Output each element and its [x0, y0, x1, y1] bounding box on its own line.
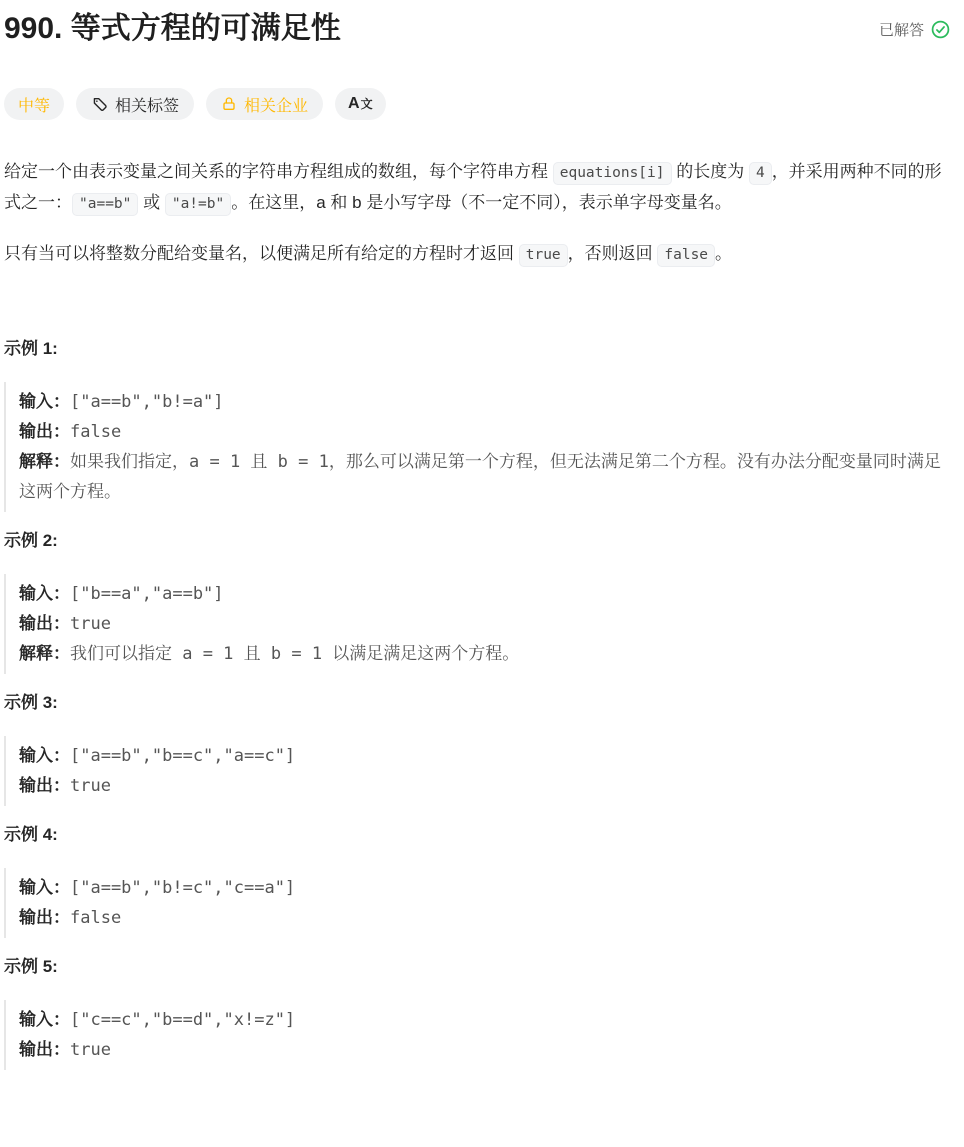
example-4-block: 输入：["a==b","b!=c","c==a"] 输出：false: [4, 868, 950, 938]
example-1-block: 输入：["a==b","b!=a"] 输出：false 解释：如果我们指定，a …: [4, 382, 950, 512]
problem-description-page: 990. 等式方程的可满足性 已解答 中等 相关标签: [0, 0, 964, 1070]
input-label: 输入：: [19, 1010, 70, 1029]
example-5-input-line: 输入：["c==c","b==d","x!=z"]: [19, 1005, 942, 1035]
tags-row: 中等 相关标签 相关企业 A文: [4, 88, 950, 120]
example-3-input-line: 输入：["a==b","b==c","a==c"]: [19, 741, 942, 771]
example-3-block: 输入：["a==b","b==c","a==c"] 输出：true: [4, 736, 950, 806]
output-label: 输出：: [19, 1040, 70, 1059]
example-4-output-line: 输出：false: [19, 903, 942, 933]
lock-icon: [221, 96, 237, 112]
related-tags-label: 相关标签: [115, 93, 179, 116]
example-5-input-value: ["c==c","b==d","x!=z"]: [70, 1010, 295, 1030]
input-label: 输入：: [19, 746, 70, 765]
example-3-input-value: ["a==b","b==c","a==c"]: [70, 746, 295, 766]
inline-code: 4: [749, 162, 772, 185]
solved-status-badge[interactable]: 已解答: [879, 19, 950, 40]
format-toggle-icon: A文: [348, 95, 373, 113]
example-2-heading: 示例 2:: [4, 528, 950, 554]
example-3-heading: 示例 3:: [4, 690, 950, 716]
output-label: 输出：: [19, 614, 70, 633]
solved-label: 已解答: [879, 19, 924, 40]
blank-paragraph: [4, 289, 950, 320]
inline-code: equations[i]: [553, 162, 672, 185]
example-3-output-line: 输出：true: [19, 771, 942, 801]
tag-icon: [91, 96, 108, 113]
inline-code: "a!=b": [165, 193, 231, 216]
example-2-explanation-line: 解释：我们可以指定 a = 1 且 b = 1 以满足满足这两个方程。: [19, 639, 942, 669]
example-2-output-line: 输出：true: [19, 609, 942, 639]
example-3-output-value: true: [70, 776, 111, 796]
example-5-output-value: true: [70, 1040, 111, 1060]
output-label: 输出：: [19, 908, 70, 927]
statement-paragraph-2: 只有当可以将整数分配给变量名，以便满足所有给定的方程时才返回 true，否则返回…: [4, 238, 950, 269]
text-format-toggle[interactable]: A文: [335, 88, 386, 120]
example-4-heading: 示例 4:: [4, 822, 950, 848]
example-2-input-line: 输入：["b==a","a==b"]: [19, 579, 942, 609]
inline-code: true: [519, 244, 568, 267]
example-1-heading: 示例 1:: [4, 336, 950, 362]
example-1-output-value: false: [70, 422, 121, 442]
input-label: 输入：: [19, 584, 70, 603]
example-5-heading: 示例 5:: [4, 954, 950, 980]
example-2-output-value: true: [70, 614, 111, 634]
problem-statement: 给定一个由表示变量之间关系的字符串方程组成的数组，每个字符串方程 equatio…: [4, 156, 950, 320]
example-2-block: 输入：["b==a","a==b"] 输出：true 解释：我们可以指定 a =…: [4, 574, 950, 674]
example-1-input-value: ["a==b","b!=a"]: [70, 392, 224, 412]
title-row: 990. 等式方程的可满足性 已解答: [4, 10, 950, 48]
example-5-block: 输入：["c==c","b==d","x!=z"] 输出：true: [4, 1000, 950, 1070]
example-1-explanation-line: 解释：如果我们指定，a = 1 且 b = 1，那么可以满足第一个方程，但无法满…: [19, 447, 942, 507]
statement-paragraph-1: 给定一个由表示变量之间关系的字符串方程组成的数组，每个字符串方程 equatio…: [4, 156, 950, 218]
example-1-explanation-value: 如果我们指定，a = 1 且 b = 1，那么可以满足第一个方程，但无法满足第二…: [19, 452, 941, 502]
input-label: 输入：: [19, 878, 70, 897]
example-4-input-value: ["a==b","b!=c","c==a"]: [70, 878, 295, 898]
explanation-label: 解释：: [19, 452, 70, 471]
related-companies-label: 相关企业: [244, 93, 308, 116]
explanation-label: 解释：: [19, 644, 70, 663]
example-1-output-line: 输出：false: [19, 417, 942, 447]
example-4-input-line: 输入：["a==b","b!=c","c==a"]: [19, 873, 942, 903]
related-tags-button[interactable]: 相关标签: [76, 88, 194, 120]
difficulty-badge[interactable]: 中等: [4, 88, 64, 120]
output-label: 输出：: [19, 776, 70, 795]
example-4-output-value: false: [70, 908, 121, 928]
inline-code: "a==b": [72, 193, 138, 216]
example-5-output-line: 输出：true: [19, 1035, 942, 1065]
check-circle-icon: [931, 20, 950, 39]
example-2-input-value: ["b==a","a==b"]: [70, 584, 224, 604]
page-title: 990. 等式方程的可满足性: [4, 10, 341, 48]
related-companies-button[interactable]: 相关企业: [206, 88, 323, 120]
input-label: 输入：: [19, 392, 70, 411]
inline-code: false: [657, 244, 715, 267]
example-2-explanation-value: 我们可以指定 a = 1 且 b = 1 以满足满足这两个方程。: [70, 644, 519, 664]
example-1-input-line: 输入：["a==b","b!=a"]: [19, 387, 942, 417]
output-label: 输出：: [19, 422, 70, 441]
